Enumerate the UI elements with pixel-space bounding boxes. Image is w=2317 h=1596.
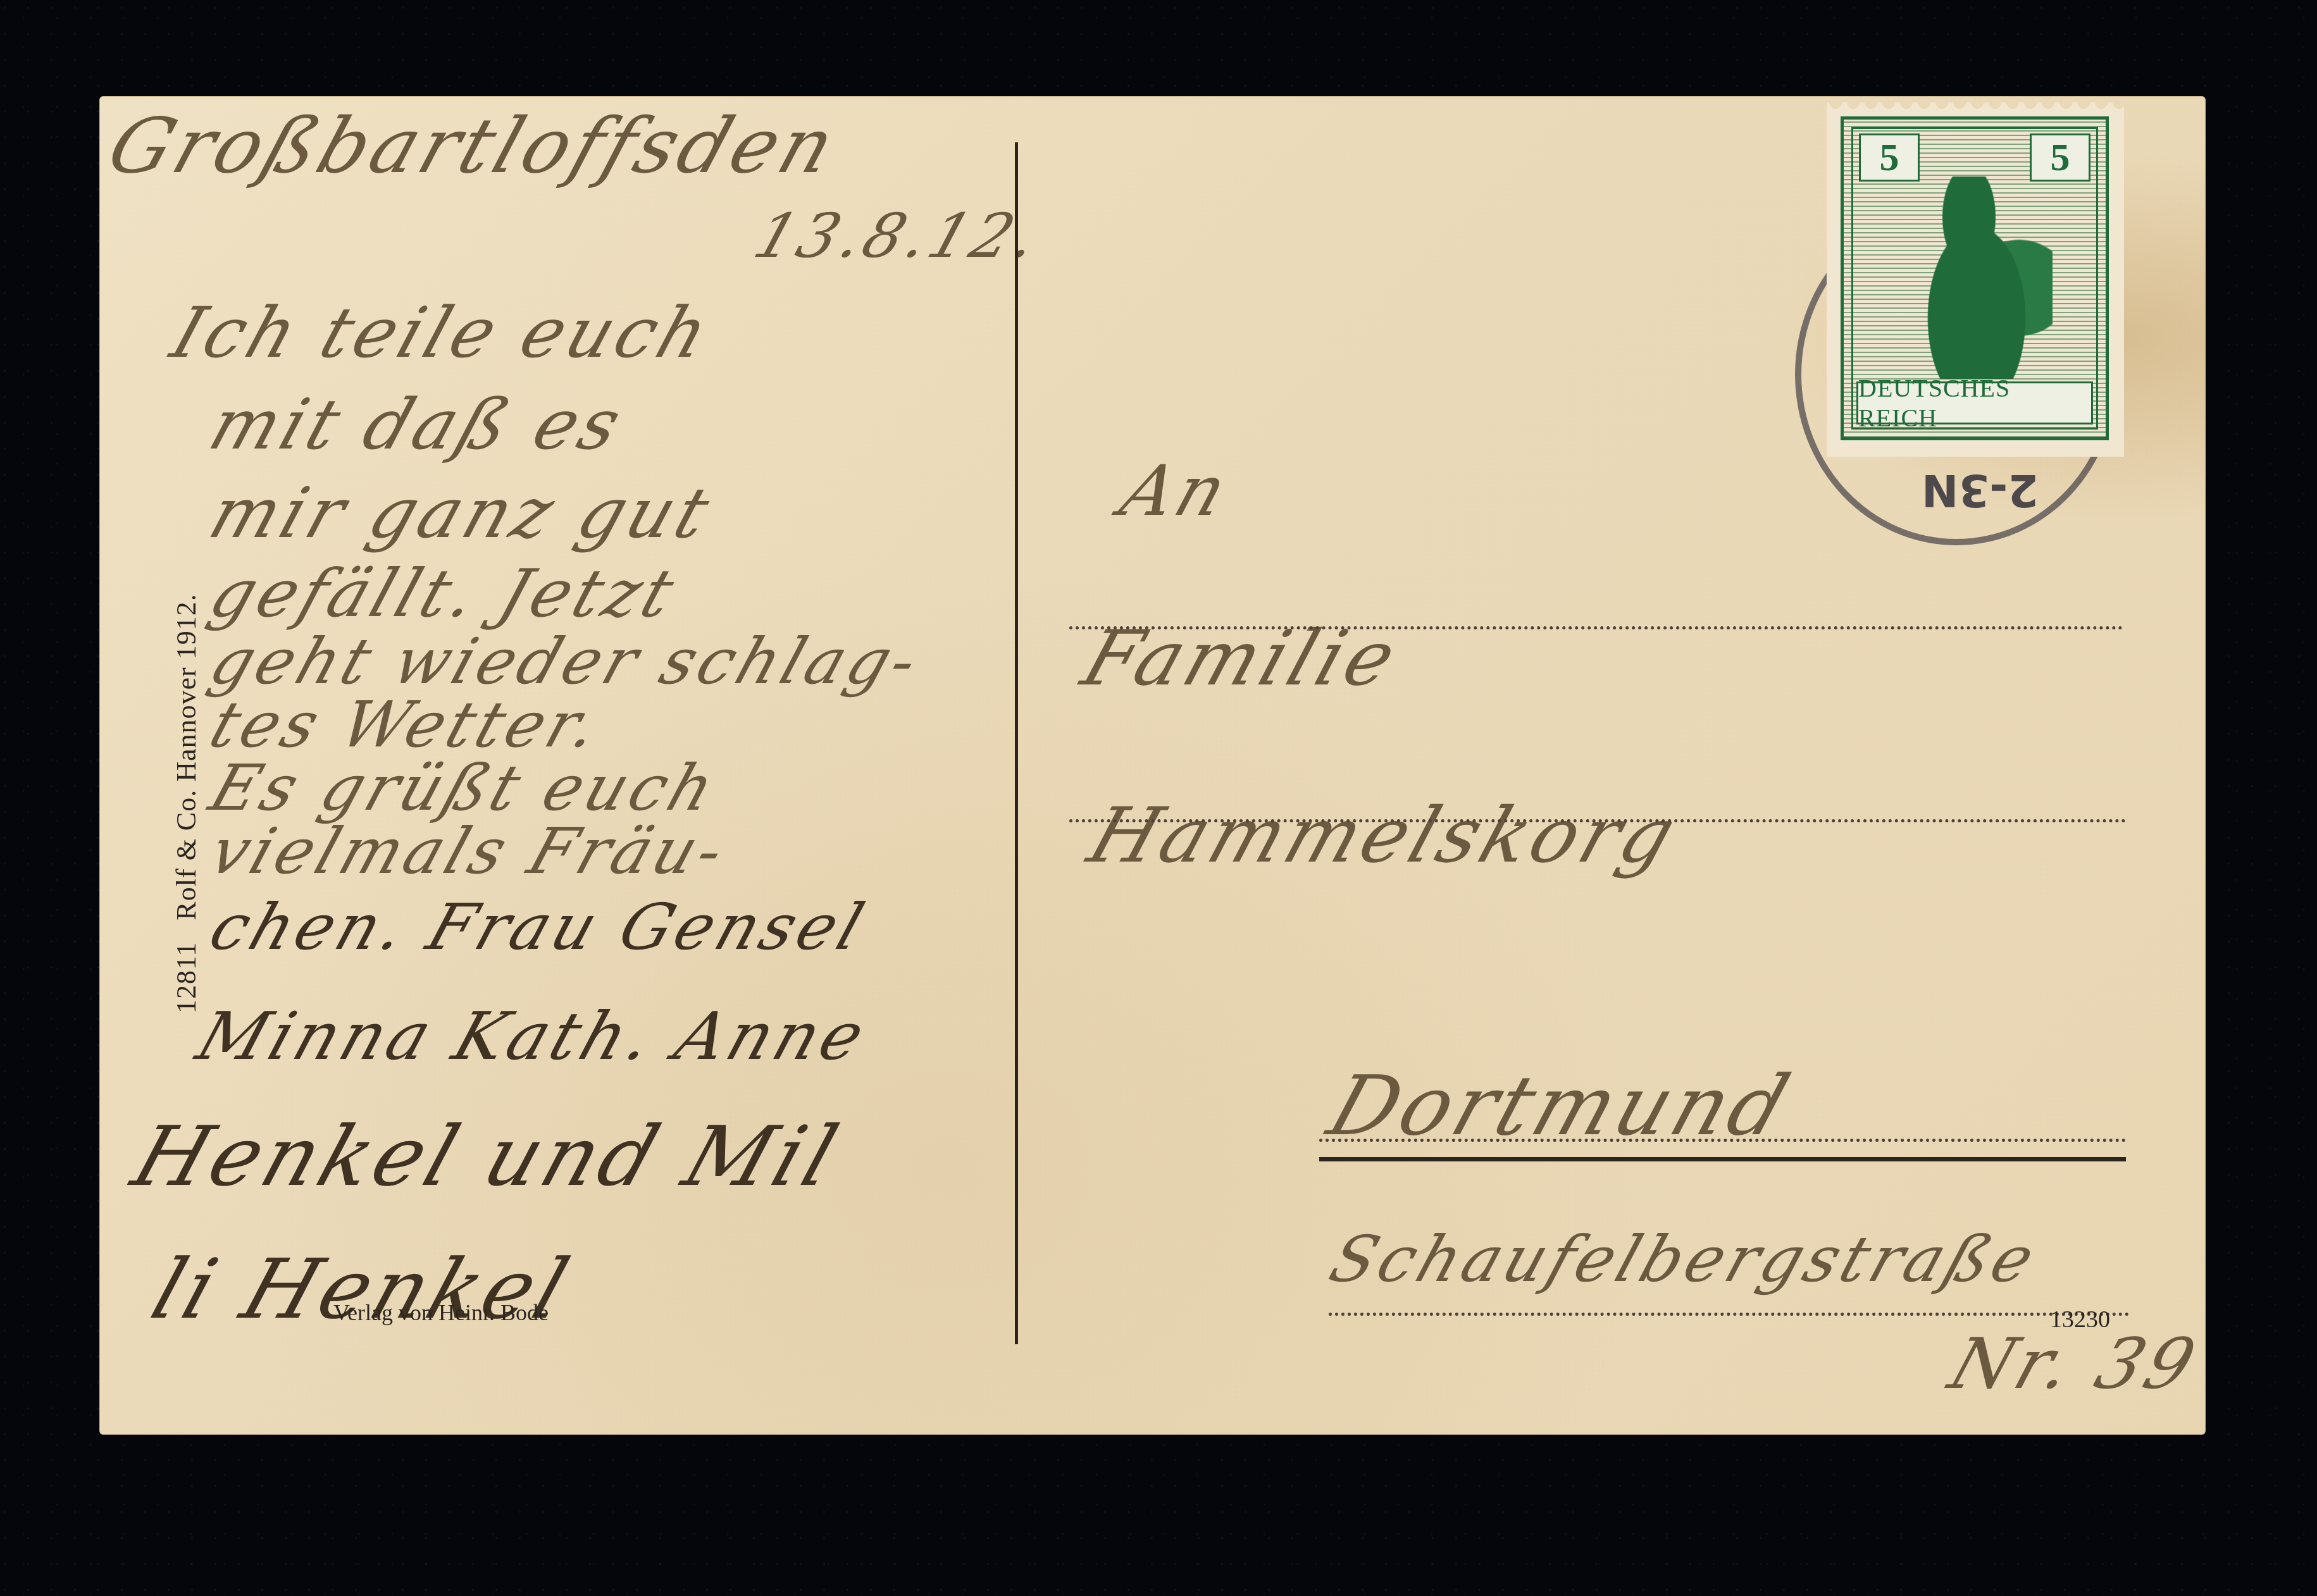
publisher-number: 12811 — [171, 942, 202, 1013]
stamp-design: 5 5 DEUTSCHES REICH — [1841, 116, 2109, 440]
postage-stamp: 5 5 DEUTSCHES REICH — [1827, 102, 2124, 457]
postcard-back: 12811Rolf & Co. Hannover 1912. Großbartl… — [99, 96, 2206, 1435]
stamp-value-left: 5 — [1859, 133, 1920, 182]
address-dotted-line — [1069, 819, 2126, 822]
message-place: Großbartloffsden — [99, 102, 848, 190]
germania-portrait-icon — [1901, 176, 2053, 379]
message-line: gefällt. Jetzt — [201, 555, 686, 632]
message-line: vielmals Fräu- — [201, 814, 736, 888]
address-dotted-line — [1329, 1313, 2129, 1316]
address-line-2: Hammelskorg — [1078, 792, 1689, 880]
message-signature: Henkel und Mil — [121, 1108, 852, 1204]
message-date: 13.8.12. — [746, 201, 1050, 271]
address-house-number: Nr. 39 — [1940, 1323, 2206, 1404]
address-dotted-line — [1319, 1139, 2126, 1142]
address-dotted-line — [1069, 626, 2123, 629]
postmark-date: 2-3N — [1922, 464, 2039, 516]
verlag-imprint: Verlag von Heinr. Bode — [333, 1299, 549, 1326]
message-line: chen. Frau Gensel — [201, 890, 876, 964]
message-line: mit daß es — [200, 384, 634, 465]
publisher-imprint: 12811Rolf & Co. Hannover 1912. — [170, 593, 202, 1013]
message-line: mir ganz gut — [200, 473, 723, 554]
address-street: Schaufelbergstraße — [1321, 1222, 2047, 1296]
address-salutation: An — [1111, 450, 1240, 531]
message-line: Ich teile euch — [162, 292, 722, 373]
stamp-value-right: 5 — [2030, 133, 2090, 182]
stamp-country: DEUTSCHES REICH — [1856, 381, 2093, 424]
publisher-text: Rolf & Co. Hannover 1912. — [171, 593, 202, 920]
address-solid-line — [1319, 1157, 2126, 1161]
divider-line — [1015, 142, 1018, 1344]
message-line: Minna Kath. Anne — [188, 998, 878, 1075]
